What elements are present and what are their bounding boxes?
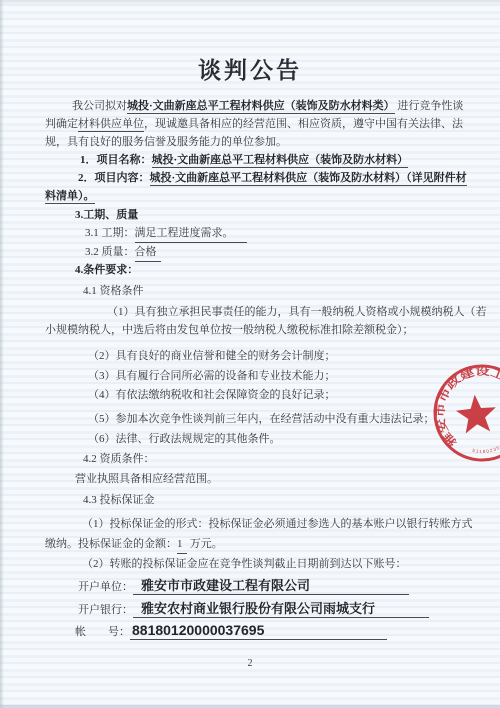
text-segment: 雅安农村商业银行股份有限公司雨城支行 [133, 601, 429, 618]
text-segment: 88180120000037695 [130, 623, 387, 640]
text-segment: 3.工期、质量 [75, 209, 138, 221]
text-segment: （1）具有独立承担民事责任的能力，具有一般纳税人资格或小规模纳税人（若 [107, 306, 487, 318]
section-3-1: 3.1 工期：满足工程进度需求。 [85, 226, 247, 243]
text-segment: 营业执照具备相应经营范围。 [75, 473, 218, 485]
text-segment: 开户单位： [78, 581, 133, 593]
text-segment: （1）投标保证金的形式：投标保证金必须通过参选人的基本账户以银行转账方式 [82, 518, 473, 530]
section-4-1-heading: 4.1 资格条件 [83, 284, 144, 299]
section-3-heading: 3.工期、质量 [75, 208, 138, 223]
text-segment: 规，具有良好的服务信誉及服务能力的单位参加。 [45, 136, 287, 148]
text-segment: （2）具有良好的商业信誉和健全的财务会计制度； [88, 350, 336, 362]
section-4-heading: 4.条件要求： [75, 263, 138, 278]
account-holder-line: 开户单位：雅安市市政建设工程有限公司 [78, 578, 409, 595]
scanned-document-page: 谈判公告 我公司拟对城投·文曲新座总平工程材料供应（装饰及防水材料类） 进行竞争… [0, 0, 500, 708]
text-segment: 进行竞争性谈 [395, 100, 464, 112]
condition-2: （2）具有良好的商业信誉和健全的财务会计制度； [88, 349, 336, 364]
text-segment: 我公司拟对 [72, 100, 127, 112]
text-segment: 开户银行： [78, 604, 133, 616]
section-3-2: 3.2 质量：合格 [85, 245, 161, 262]
text-segment: 城投·文曲新座总平工程材料供应（装饰及防水材料）（详见附件材 [150, 172, 467, 186]
text-segment: 万元。 [187, 538, 223, 550]
seal-company-text: 雅安市市政建设工程有限公司 [424, 351, 500, 462]
account-number-line: 帐 号：88180120000037695 [75, 623, 387, 640]
text-segment: ，现诚邀具备相应的经营范围、相应资质，遵守中国有关法律、法 [144, 118, 463, 130]
condition-5: （5）参加本次竞争性谈判前三年内，在经营活动中没有重大违法记录； [88, 412, 435, 427]
intro-line-2: 判确定材料供应单位，现诚邀具备相应的经营范围、相应资质，遵守中国有关法律、法 [45, 117, 463, 132]
project-name-line: 1．项目名称：城投·文曲新座总平工程材料供应（装饰及防水材料） [80, 153, 408, 168]
svg-text:雅安市市政建设工程有限公司: 雅安市市政建设工程有限公司 [424, 351, 500, 462]
section-4-3-heading: 4.3 投标保证金 [83, 493, 155, 508]
bank-name-line: 开户银行：雅安农村商业银行股份有限公司雨城支行 [78, 601, 429, 618]
condition-6: （6）法律、行政法规规定的其他条件。 [88, 432, 281, 447]
condition-3: （3）具有履行合同所必需的设备和专业技术能力； [88, 369, 336, 384]
text-segment: 2．项目内容： [78, 172, 150, 184]
condition-4: （4）有依法缴纳税收和社会保障资金的良好记录； [88, 388, 336, 403]
seal-star-icon [455, 393, 498, 434]
company-seal-stamp: 雅安市市政建设工程有限公司 5118023502318 [424, 351, 500, 475]
text-segment: 4.3 投标保证金 [83, 494, 155, 506]
text-segment: 4.2 资质条件： [83, 453, 155, 465]
text-segment: （2）转账的投标保证金应在竞争性谈判截止日期前到达以下账号： [82, 558, 407, 570]
project-content-line-1: 2．项目内容：城投·文曲新座总平工程材料供应（装饰及防水材料）（详见附件材 [78, 171, 467, 186]
intro-line-1: 我公司拟对城投·文曲新座总平工程材料供应（装饰及防水材料类） 进行竞争性谈 [72, 99, 463, 114]
page-title: 谈判公告 [0, 52, 500, 85]
text-segment: 料清单）。 [45, 190, 95, 204]
deposit-transfer-line: （2）转账的投标保证金应在竞争性谈判截止日期前到达以下账号： [82, 557, 407, 572]
text-segment: （4）有依法缴纳税收和社会保障资金的良好记录； [88, 389, 336, 401]
text-segment: 合格 [135, 245, 161, 262]
text-segment: （5）参加本次竞争性谈判前三年内，在经营活动中没有重大违法记录； [88, 413, 435, 425]
text-segment: 帐 号： [75, 626, 130, 638]
section-4-2-body: 营业执照具备相应经营范围。 [75, 472, 218, 487]
text-segment: 3.1 工期： [85, 227, 135, 239]
deposit-form-line-1: （1）投标保证金的形式：投标保证金必须通过参选人的基本账户以银行转账方式 [82, 517, 473, 532]
project-content-line-2: 料清单）。 [45, 189, 95, 204]
text-segment: 判确定 [45, 118, 78, 130]
text-segment: 1．项目名称： [80, 154, 152, 166]
text-segment: 城投·文曲新座总平工程材料供应（装饰及防水材料类） [127, 100, 395, 114]
condition-1-line-1: （1）具有独立承担民事责任的能力，具有一般纳税人资格或小规模纳税人（若 [107, 305, 487, 320]
section-4-2-heading: 4.2 资质条件： [83, 452, 155, 467]
text-segment: 满足工程进度需求。 [135, 226, 247, 243]
text-segment: （6）法律、行政法规规定的其他条件。 [88, 433, 281, 445]
text-segment: 4.1 资格条件 [83, 285, 144, 297]
page-number: 2 [0, 658, 500, 669]
text-segment: （3）具有履行合同所必需的设备和专业技术能力； [88, 370, 336, 382]
text-segment: 3.2 质量： [85, 246, 135, 258]
text-segment: 小规模纳税人，中选后将由发包单位按一般纳税人缴税标准扣除差额税金）； [45, 324, 414, 336]
text-segment: 材料供应单位 [78, 118, 144, 132]
condition-1-line-2: 小规模纳税人，中选后将由发包单位按一般纳税人缴税标准扣除差额税金）； [45, 323, 414, 338]
text-segment: 缴纳。投标保证金的金额： [45, 538, 177, 550]
intro-line-3: 规，具有良好的服务信誉及服务能力的单位参加。 [45, 135, 287, 150]
text-segment: 雅安市市政建设工程有限公司 [133, 578, 409, 595]
text-segment: 4.条件要求： [75, 264, 138, 276]
deposit-form-line-2: 缴纳。投标保证金的金额：1 万元。 [45, 537, 223, 554]
text-segment: 1 [177, 537, 187, 554]
text-segment: 城投·文曲新座总平工程材料供应（装饰及防水材料） [152, 154, 409, 168]
